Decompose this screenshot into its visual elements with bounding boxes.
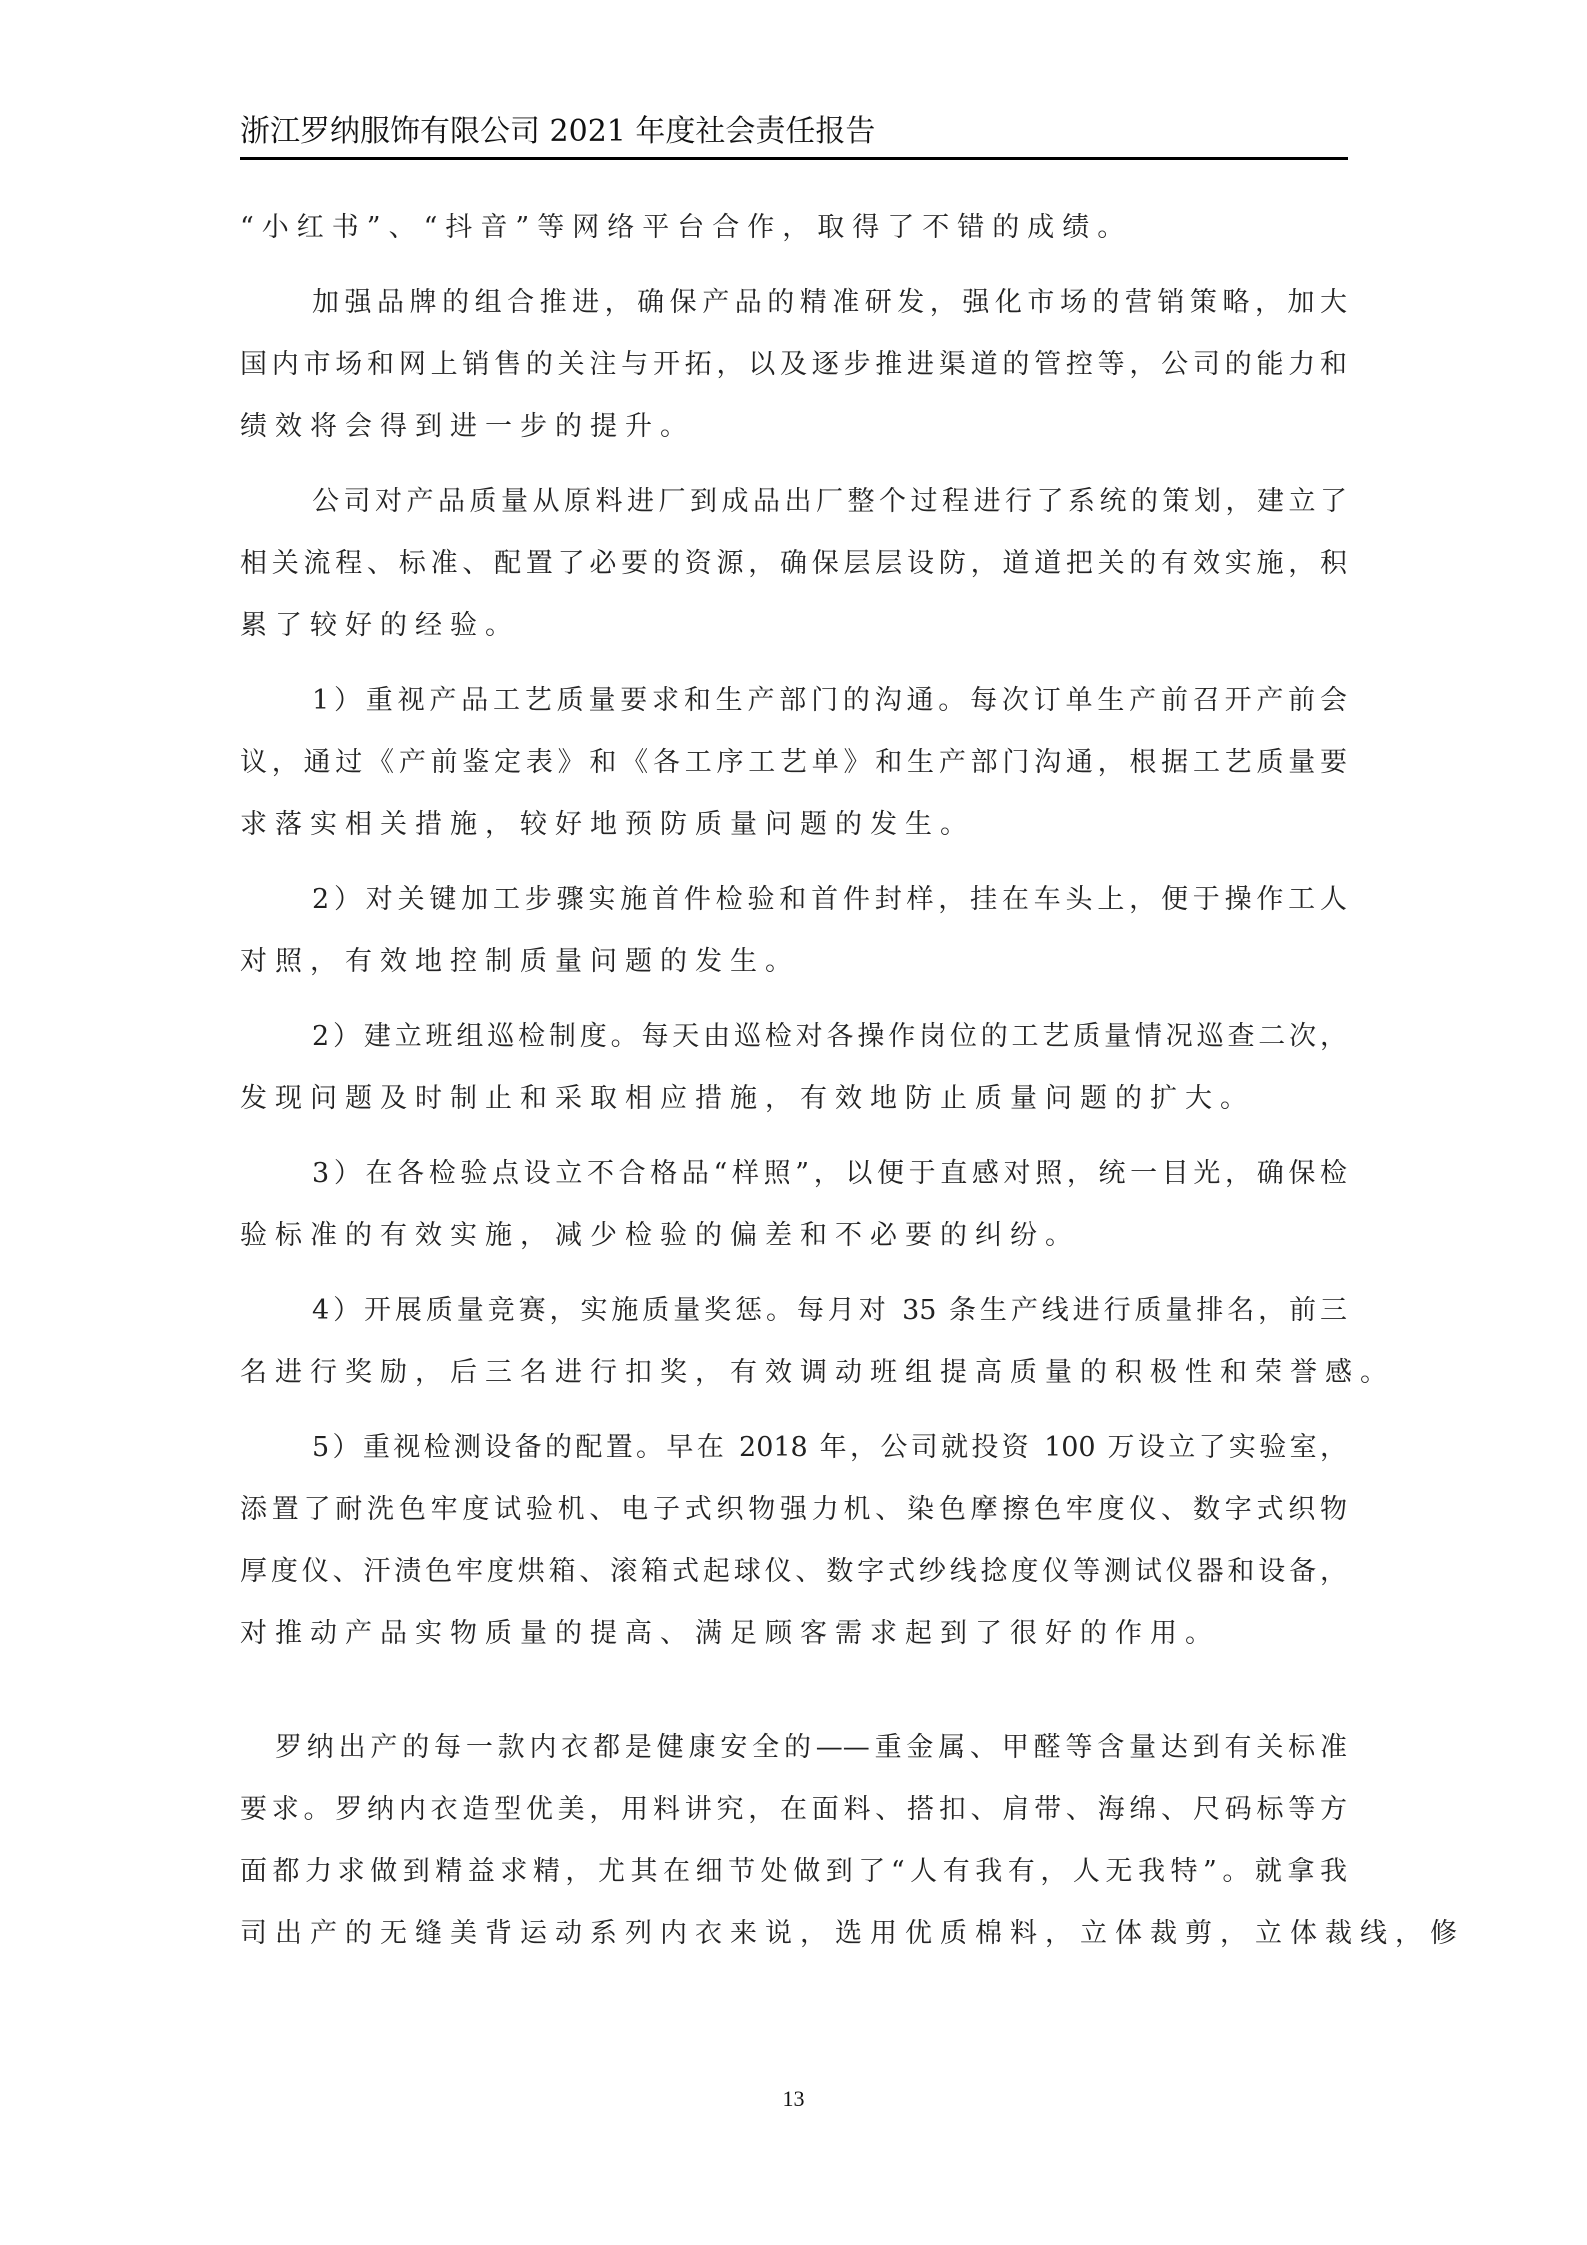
- paragraph: 2）建立班组巡检制度。每天由巡检对各操作岗位的工艺质量情况巡查二次，发现问题及时…: [240, 1017, 1347, 1141]
- paragraph: “小红书”、“抖音”等网络平台合作，取得了不错的成绩。: [240, 208, 1347, 270]
- text-line: 1）重视产品工艺质量要求和生产部门的沟通。每次订单生产前召开产前会: [240, 681, 1347, 743]
- text-line: 公司对产品质量从原料进厂到成品出厂整个过程进行了系统的策划，建立了: [240, 482, 1347, 544]
- text-line: 加强品牌的组合推进，确保产品的精准研发，强化市场的营销策略，加大: [240, 283, 1347, 345]
- page-number: 13: [0, 2086, 1587, 2112]
- text-line: 发现问题及时制止和采取相应措施，有效地防止质量问题的扩大。: [240, 1079, 1347, 1141]
- paragraph: 3）在各检验点设立不合格品“样照”，以便于直感对照，统一目光，确保检验标准的有效…: [240, 1154, 1347, 1278]
- text-line: 对推动产品实物质量的提高、满足顾客需求起到了很好的作用。: [240, 1614, 1347, 1676]
- header-rule: [240, 157, 1348, 160]
- text-line: 4）开展质量竞赛，实施质量奖惩。每月对 35 条生产线进行质量排名，前三: [240, 1291, 1347, 1353]
- text-line: 相关流程、标准、配置了必要的资源，确保层层设防，道道把关的有效实施，积: [240, 544, 1347, 606]
- paragraph: 罗纳出产的每一款内衣都是健康安全的——重金属、甲醛等含量达到有关标准要求。罗纳内…: [240, 1728, 1347, 1976]
- paragraph: 2）对关键加工步骤实施首件检验和首件封样，挂在车头上，便于操作工人对照，有效地控…: [240, 880, 1347, 1004]
- text-line: “小红书”、“抖音”等网络平台合作，取得了不错的成绩。: [240, 208, 1347, 270]
- text-line: 累了较好的经验。: [240, 606, 1347, 668]
- text-line: 面都力求做到精益求精，尤其在细节处做到了“人有我有，人无我特”。就拿我: [240, 1852, 1347, 1914]
- text-line: 绩效将会得到进一步的提升。: [240, 407, 1347, 469]
- paragraph: 公司对产品质量从原料进厂到成品出厂整个过程进行了系统的策划，建立了相关流程、标准…: [240, 482, 1347, 668]
- text-line: 3）在各检验点设立不合格品“样照”，以便于直感对照，统一目光，确保检: [240, 1154, 1347, 1216]
- paragraph: 1）重视产品工艺质量要求和生产部门的沟通。每次订单生产前召开产前会议，通过《产前…: [240, 681, 1347, 867]
- text-line: 司出产的无缝美背运动系列内衣来说，选用优质棉料，立体裁剪，立体裁线，修: [240, 1914, 1347, 1976]
- body-text: “小红书”、“抖音”等网络平台合作，取得了不错的成绩。加强品牌的组合推进，确保产…: [240, 208, 1347, 1989]
- document-page: 浙江罗纳服饰有限公司 2021 年度社会责任报告 “小红书”、“抖音”等网络平台…: [0, 0, 1587, 2245]
- text-line: 求落实相关措施，较好地预防质量问题的发生。: [240, 805, 1347, 867]
- text-line: 厚度仪、汗渍色牢度烘箱、滚箱式起球仪、数字式纱线捻度仪等测试仪器和设备，: [240, 1552, 1347, 1614]
- header-title: 浙江罗纳服饰有限公司 2021 年度社会责任报告: [240, 112, 1348, 152]
- text-line: 要求。罗纳内衣造型优美，用料讲究，在面料、搭扣、肩带、海绵、尺码标等方: [240, 1790, 1347, 1852]
- text-line: 添置了耐洗色牢度试验机、电子式织物强力机、染色摩擦色牢度仪、数字式织物: [240, 1490, 1347, 1552]
- paragraph: 加强品牌的组合推进，确保产品的精准研发，强化市场的营销策略，加大国内市场和网上销…: [240, 283, 1347, 469]
- paragraph: 4）开展质量竞赛，实施质量奖惩。每月对 35 条生产线进行质量排名，前三名进行奖…: [240, 1291, 1347, 1415]
- text-line: 2）建立班组巡检制度。每天由巡检对各操作岗位的工艺质量情况巡查二次，: [240, 1017, 1347, 1079]
- paragraph: 5）重视检测设备的配置。早在 2018 年，公司就投资 100 万设立了实验室，…: [240, 1428, 1347, 1676]
- running-header: 浙江罗纳服饰有限公司 2021 年度社会责任报告: [240, 112, 1348, 152]
- text-line: 2）对关键加工步骤实施首件检验和首件封样，挂在车头上，便于操作工人: [240, 880, 1347, 942]
- text-line: 议，通过《产前鉴定表》和《各工序工艺单》和生产部门沟通，根据工艺质量要: [240, 743, 1347, 805]
- text-line: 验标准的有效实施，减少检验的偏差和不必要的纠纷。: [240, 1216, 1347, 1278]
- text-line: 名进行奖励，后三名进行扣奖，有效调动班组提高质量的积极性和荣誉感。: [240, 1353, 1347, 1415]
- text-line: 罗纳出产的每一款内衣都是健康安全的——重金属、甲醛等含量达到有关标准: [240, 1728, 1347, 1790]
- text-line: 对照，有效地控制质量问题的发生。: [240, 942, 1347, 1004]
- text-line: 国内市场和网上销售的关注与开拓，以及逐步推进渠道的管控等，公司的能力和: [240, 345, 1347, 407]
- text-line: 5）重视检测设备的配置。早在 2018 年，公司就投资 100 万设立了实验室，: [240, 1428, 1347, 1490]
